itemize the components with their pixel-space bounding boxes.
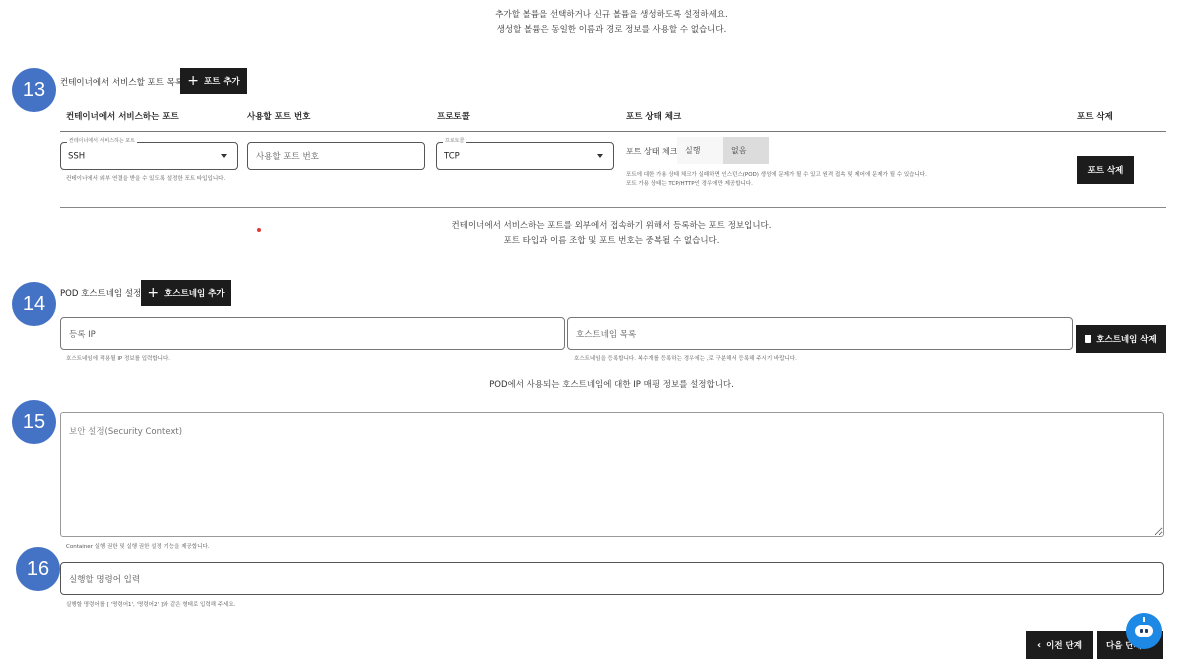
hostname-note: POD에서 사용되는 호스트네임에 대한 IP 매핑 정보를 설정합니다.	[0, 378, 1193, 393]
service-port-helper: 컨테이너에서 외부 연결을 받을 수 있도록 설정한 포트 타입입니다.	[66, 174, 225, 182]
hostname-section-label: POD 호스트네임 설정	[60, 287, 141, 299]
ports-note: 컨테이너에서 서비스하는 포트를 외부에서 접속하기 위해서 등록하는 포트 정…	[0, 219, 1193, 249]
registered-ip-placeholder: 등록 IP	[69, 328, 96, 340]
registered-ip-input[interactable]: 등록 IP	[60, 317, 565, 350]
health-check-label: 포트 상태 체크	[626, 146, 677, 157]
prev-step-button[interactable]: ‹ 이전 단계	[1026, 631, 1093, 659]
step-badge-14: 14	[12, 282, 56, 326]
health-check-helper-2: 포트 가용 상태는 TCP/HTTP인 경우에만 제공합니다.	[626, 179, 753, 187]
step-badge-16: 16	[16, 547, 60, 591]
trash-icon	[1085, 335, 1091, 343]
chevron-left-icon: ‹	[1037, 640, 1041, 651]
add-port-label: 포트 추가	[204, 75, 240, 87]
health-check-option-run[interactable]: 실행	[677, 137, 723, 164]
header-divider	[60, 131, 1166, 132]
chatbot-antenna-icon	[1143, 617, 1145, 622]
volume-notice-line2: 생성할 볼륨은 동일한 이름과 경로 정보를 사용할 수 없습니다.	[0, 23, 1193, 38]
plus-icon: +	[187, 74, 199, 88]
volume-notice-line1: 추가할 볼륨을 선택하거나 신규 볼륨을 생성하도록 설정하세요.	[0, 8, 1193, 23]
hostname-list-input[interactable]: 호스트네임 목록	[567, 317, 1073, 350]
ports-note-line1: 컨테이너에서 서비스하는 포트를 외부에서 접속하기 위해서 등록하는 포트 정…	[0, 219, 1193, 234]
command-input[interactable]: 실행할 명령어 입력	[60, 562, 1164, 595]
security-context-textarea[interactable]	[60, 412, 1164, 537]
service-port-value: SSH	[68, 152, 85, 162]
port-number-input[interactable]: 사용할 포트 번호	[247, 142, 425, 170]
volume-notice: 추가할 볼륨을 선택하거나 신규 볼륨을 생성하도록 설정하세요. 생성할 볼륨…	[0, 8, 1193, 38]
ports-bottom-divider	[60, 207, 1166, 208]
add-hostname-button[interactable]: + 호스트네임 추가	[141, 280, 231, 306]
port-number-placeholder: 사용할 포트 번호	[256, 150, 319, 162]
hostname-list-helper: 호스트네임을 등록합니다. 복수개를 등록하는 경우에는 ,로 구분해서 등록해…	[574, 354, 797, 362]
ports-section-label: 컨테이너에서 서비스할 포트 목록	[60, 76, 183, 88]
col-port-delete: 포트 삭제	[1077, 110, 1113, 122]
chatbot-button[interactable]	[1126, 613, 1162, 649]
add-port-button[interactable]: + 포트 추가	[180, 68, 247, 94]
chevron-down-icon	[597, 154, 603, 158]
robot-icon	[1135, 625, 1153, 637]
command-placeholder: 실행할 명령어 입력	[69, 573, 140, 585]
step-badge-13: 13	[12, 68, 56, 112]
col-port-number: 사용할 포트 번호	[247, 110, 310, 122]
security-context-helper: Container 실행 권한 및 실행 권한 설정 기능을 제공합니다.	[66, 542, 210, 550]
col-service-port: 컨테이너에서 서비스하는 포트	[66, 110, 179, 122]
health-check-option-none[interactable]: 없음	[723, 137, 769, 164]
protocol-value: TCP	[444, 152, 460, 162]
delete-port-button[interactable]: 포트 삭제	[1077, 156, 1134, 184]
protocol-legend: 프로토콜	[443, 137, 466, 144]
service-port-select[interactable]: 컨테이너에서 서비스하는 포트 SSH	[60, 142, 238, 170]
protocol-select[interactable]: 프로토콜 TCP	[436, 142, 614, 170]
service-port-legend: 컨테이너에서 서비스하는 포트	[67, 137, 137, 144]
add-hostname-label: 호스트네임 추가	[164, 287, 224, 299]
step-badge-15: 15	[12, 400, 56, 444]
delete-hostname-label: 호스트네임 삭제	[1096, 333, 1156, 345]
ports-note-line2: 포트 타입과 이름 조합 및 포트 번호는 중복될 수 없습니다.	[0, 234, 1193, 249]
chevron-down-icon	[221, 154, 227, 158]
command-helper: 실행할 명령어를 [ '명령어1', '명령어2' ]와 같은 형태로 입력해 …	[66, 600, 235, 608]
health-check-helper-1: 포트에 대한 가용 상태 체크가 실패하면 인스턴스(POD) 생성에 문제가 …	[626, 170, 927, 178]
col-health-check: 포트 상태 체크	[626, 110, 681, 122]
delete-hostname-button[interactable]: 호스트네임 삭제	[1076, 325, 1166, 353]
registered-ip-helper: 호스트네임에 적용될 IP 정보를 입력합니다.	[66, 354, 170, 362]
prev-step-label: 이전 단계	[1046, 639, 1082, 651]
plus-icon: +	[147, 286, 159, 300]
hostname-list-placeholder: 호스트네임 목록	[576, 328, 636, 340]
health-check-toggle[interactable]: 실행 없음	[677, 137, 769, 164]
col-protocol: 프로토콜	[437, 110, 470, 122]
